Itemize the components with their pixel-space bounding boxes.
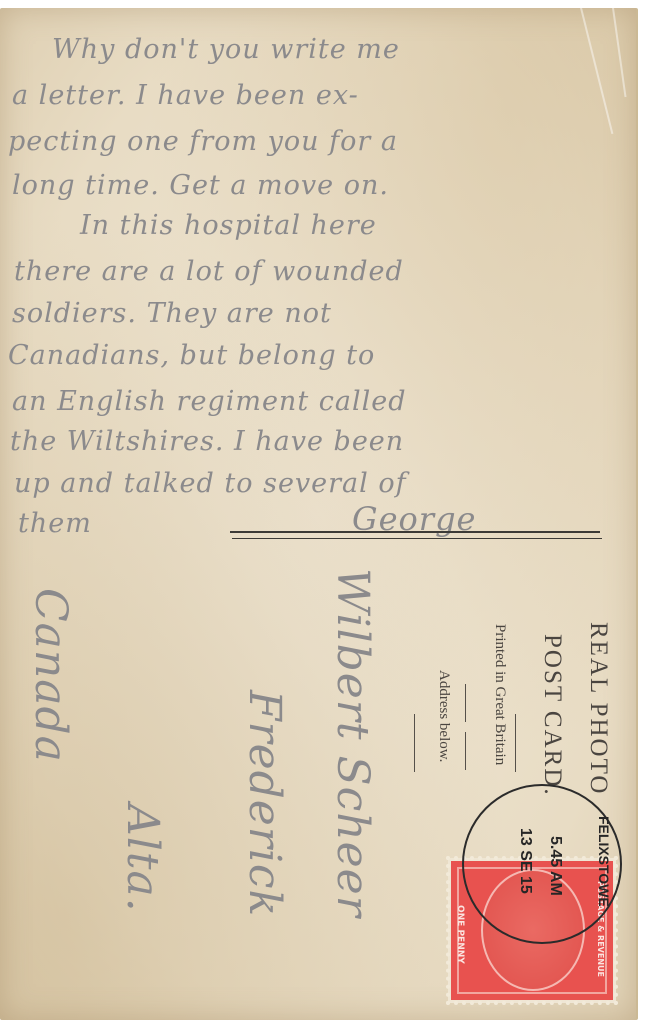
rule-mark [465, 684, 466, 722]
address-line-country: Canada [25, 588, 76, 763]
message-line: a letter. I have been ex- [12, 80, 359, 111]
postcard: Why don't you write me a letter. I have … [0, 8, 638, 1020]
rule-mark [414, 714, 415, 772]
postmark-place: FELIXSTOWE [596, 816, 612, 907]
message-line: Why don't you write me [52, 34, 400, 65]
stamp-denomination: ONE PENNY [455, 905, 465, 964]
message-line: there are a lot of wounded [14, 256, 404, 287]
message-line: up and talked to several of [14, 468, 407, 499]
message-line: soldiers. They are not [12, 298, 332, 329]
postmark-date: 13 SE 15 [516, 828, 534, 894]
title-post-card: POST CARD. [538, 634, 566, 797]
postmark: FELIXSTOWE 5.45 AM 13 SE 15 [462, 784, 622, 944]
address-line-province: Alta. [117, 804, 168, 913]
message-line: Canadians, but belong to [8, 340, 375, 371]
rule-mark [465, 732, 466, 770]
paper-crease [580, 8, 613, 134]
divider-line [232, 538, 602, 539]
address-line-name: Wilbert Scheer [327, 568, 378, 918]
printed-in-great-britain: Printed in Great Britain [491, 624, 508, 765]
message-line: them [18, 508, 92, 539]
postmark-time: 5.45 AM [546, 836, 564, 896]
message-line: In this hospital here [80, 210, 377, 241]
title-real-photo: REAL PHOTO [584, 622, 612, 795]
paper-crease [612, 8, 627, 97]
message-line: long time. Get a move on. [12, 170, 389, 201]
message-line: an English regiment called [12, 386, 407, 417]
address-line-town: Frederick [239, 690, 290, 917]
rule-mark [515, 714, 516, 772]
divider-line [230, 531, 600, 533]
address-below-note: Address below. [435, 670, 452, 762]
message-line: pecting one from you for a [8, 126, 398, 157]
message-line: the Wiltshires. I have been [10, 426, 404, 457]
